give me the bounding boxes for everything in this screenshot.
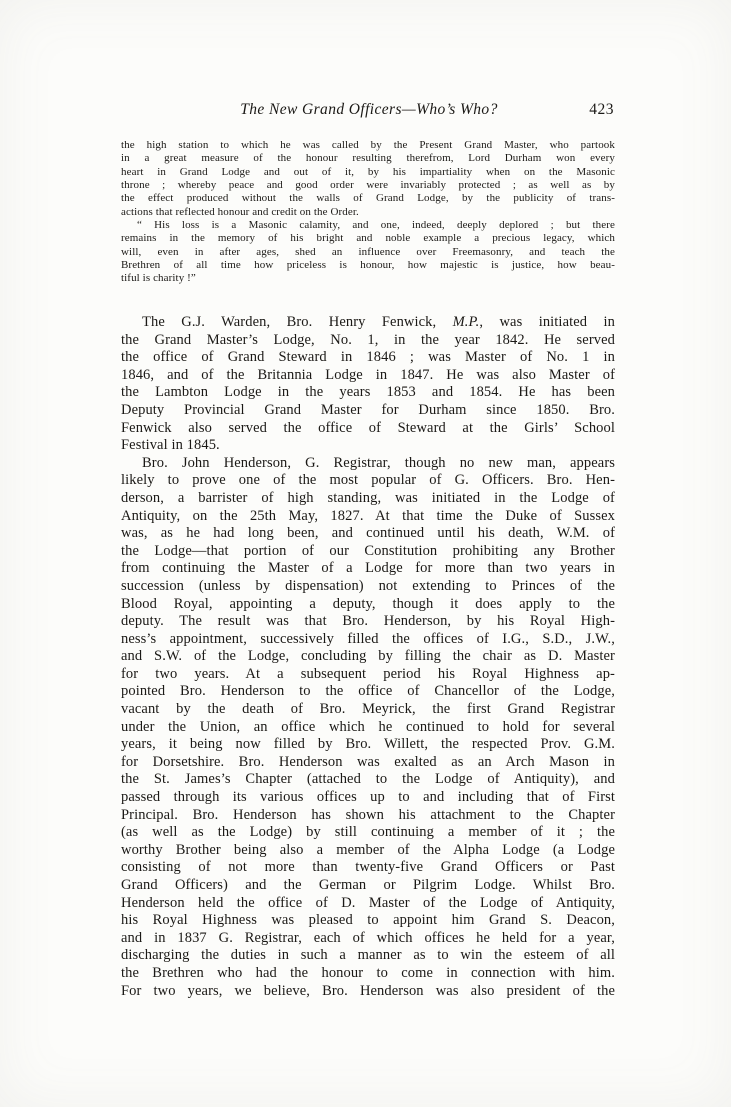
text-line: Brethren of all time how priceless is ho… — [121, 259, 615, 272]
text-line: Henderson held the office of D. Master o… — [121, 895, 615, 913]
text-line: pointed Bro. Henderson to the office of … — [121, 683, 615, 701]
text-line: and S.W. of the Lodge, concluding by fil… — [121, 648, 615, 666]
text-line: derson, a barrister of high standing, wa… — [121, 490, 615, 508]
text-line: consisting of not more than twenty-five … — [121, 859, 615, 877]
text-line: Blood Royal, appointing a deputy, though… — [121, 596, 615, 614]
quote-block: the high station to which he was called … — [121, 139, 615, 286]
text-line: 1846, and of the Britannia Lodge in 1847… — [121, 367, 615, 385]
text-line: under the Union, an office which he cont… — [121, 719, 615, 737]
text-line: tiful is charity !” — [121, 272, 615, 285]
text-line: Grand Officers) and the German or Pilgri… — [121, 877, 615, 895]
text-line: “ His loss is a Masonic calamity, and on… — [121, 219, 615, 232]
text-line: Antiquity, on the 25th May, 1827. At tha… — [121, 508, 615, 526]
text-line: years, it being now filled by Bro. Wille… — [121, 736, 615, 754]
text-line: the St. James’s Chapter (attached to the… — [121, 771, 615, 789]
text-line: For two years, we believe, Bro. Henderso… — [121, 983, 615, 1001]
text-line: heart in Grand Lodge and out of it, by h… — [121, 166, 615, 179]
text-line: from continuing the Master of a Lodge fo… — [121, 560, 615, 578]
text-line: the Grand Master’s Lodge, No. 1, in the … — [121, 332, 615, 350]
text-line: the office of Grand Steward in 1846 ; wa… — [121, 349, 615, 367]
text-line: remains in the memory of his bright and … — [121, 232, 615, 245]
text-line: the high station to which he was called … — [121, 139, 615, 152]
text-line: his Royal Highness was pleased to appoin… — [121, 912, 615, 930]
text-line: the effect produced without the walls of… — [121, 192, 615, 205]
running-header: The New Grand Officers—Who’s Who? 423 — [122, 101, 616, 123]
scanned-book-page: The New Grand Officers—Who’s Who? 423 th… — [0, 0, 731, 1107]
text-line: succession (unless by dispensation) not … — [121, 578, 615, 596]
text-line: The G.J. Warden, Bro. Henry Fenwick, M.P… — [121, 314, 615, 332]
text-line: the Lodge—that portion of our Constituti… — [121, 543, 615, 561]
text-line: was, as he had long been, and continued … — [121, 525, 615, 543]
text-line: for Dorsetshire. Bro. Henderson was exal… — [121, 754, 615, 772]
text-line: Principal. Bro. Henderson has shown his … — [121, 807, 615, 825]
body-text: The G.J. Warden, Bro. Henry Fenwick, M.P… — [121, 314, 615, 1000]
text-line: vacant by the death of Bro. Meyrick, the… — [121, 701, 615, 719]
text-line: worthy Brother being also a member of th… — [121, 842, 615, 860]
text-line: likely to prove one of the most popular … — [121, 472, 615, 490]
text-line: and in 1837 G. Registrar, each of which … — [121, 930, 615, 948]
text-line: ness’s appointment, successively filled … — [121, 631, 615, 649]
paragraph-fenwick: The G.J. Warden, Bro. Henry Fenwick, M.P… — [121, 314, 615, 455]
text-line: the Lambton Lodge in the years 1853 and … — [121, 384, 615, 402]
text-line: deputy. The result was that Bro. Henders… — [121, 613, 615, 631]
text-line: throne ; whereby peace and good order we… — [121, 179, 615, 192]
text-line: passed through its various offices up to… — [121, 789, 615, 807]
text-line: actions that reflected honour and credit… — [121, 206, 615, 219]
text-line: will, even in after ages, shed an influe… — [121, 246, 615, 259]
text-line: Bro. John Henderson, G. Registrar, thoug… — [121, 455, 615, 473]
text-line: for two years. At a subsequent period hi… — [121, 666, 615, 684]
text-line: (as well as the Lodge) by still continui… — [121, 824, 615, 842]
page-number: 423 — [589, 101, 614, 119]
text-line: Festival in 1845. — [121, 437, 615, 455]
text-line: discharging the duties in such a manner … — [121, 947, 615, 965]
running-title: The New Grand Officers—Who’s Who? — [122, 101, 616, 119]
text-line: in a great measure of the honour resulti… — [121, 152, 615, 165]
text-line: Fenwick also served the office of Stewar… — [121, 420, 615, 438]
text-line: Deputy Provincial Grand Master for Durha… — [121, 402, 615, 420]
paragraph-henderson: Bro. John Henderson, G. Registrar, thoug… — [121, 455, 615, 1000]
text-line: the Brethren who had the honour to come … — [121, 965, 615, 983]
